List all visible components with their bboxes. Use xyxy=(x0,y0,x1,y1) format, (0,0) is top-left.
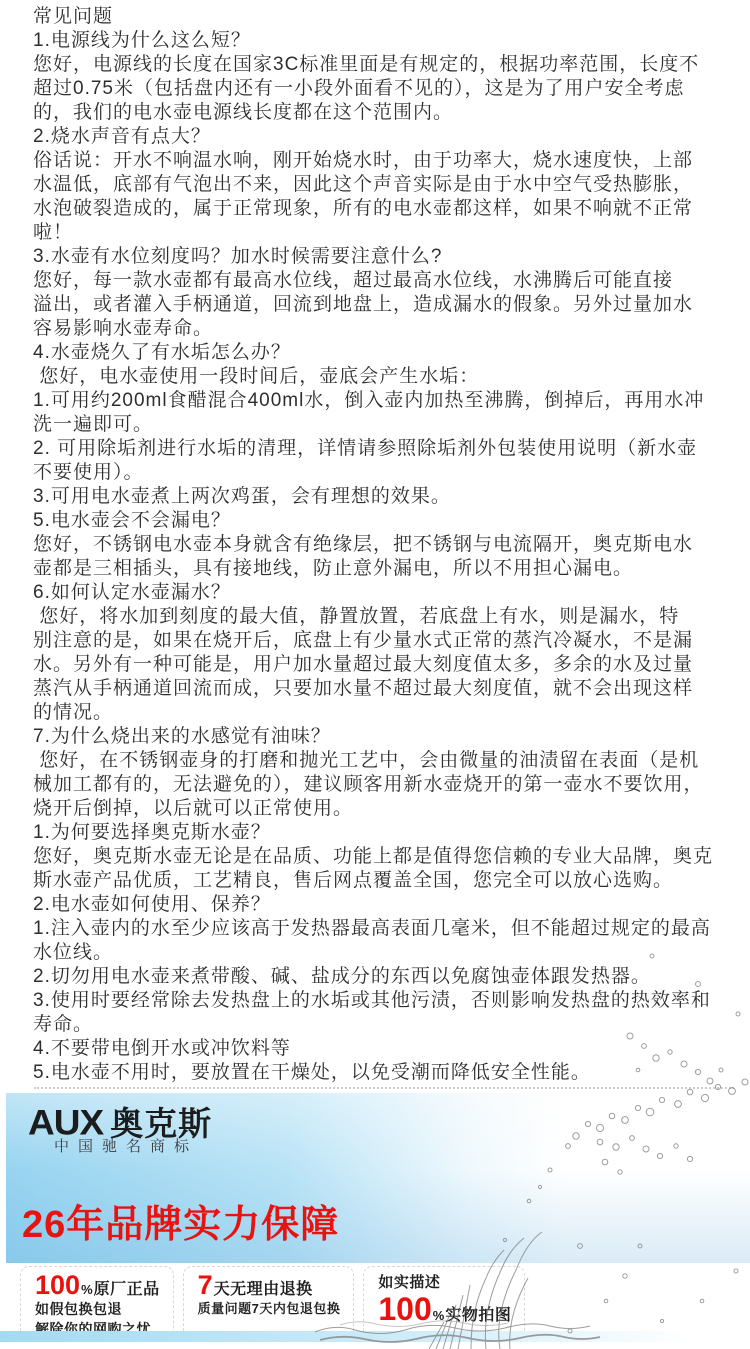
faq-line: 洗一遍即可。 xyxy=(33,413,736,437)
faq-line: 的，我们的电水壶电源线长度都在这个范围内。 xyxy=(33,101,736,125)
faq-line: 您好，不锈钢电水壶本身就含有绝缘层，把不锈钢与电流隔开，奥克斯电水 xyxy=(33,533,736,557)
faq-line: 5.电水壶不用时，要放置在干燥处，以免受潮而降低安全性能。 xyxy=(33,1061,736,1085)
faq-line: 溢出，或者灌入手柄通道，回流到地盘上，造成漏水的假象。另外过量加水 xyxy=(33,293,736,317)
faq-text-block: 常见问题1.电源线为什么这么短？您好，电源线的长度在国家3C标准里面是有规定的，… xyxy=(33,5,736,1085)
faq-line: 别注意的是，如果在烧开后，底盘上有少量水式正常的蒸汽冷凝水，不是漏 xyxy=(33,629,736,653)
faq-line: 您好，将水加到刻度的最大值，静置放置，若底盘上有水，则是漏水，特 xyxy=(33,605,736,629)
faq-line: 容易影响水壶寿命。 xyxy=(33,317,736,341)
guarantee-headline: 100 % 实物拍图 xyxy=(378,1294,511,1325)
faq-line: 不要使用）。 xyxy=(33,461,736,485)
faq-line: 2.电水壶如何使用、保养？ xyxy=(33,893,736,917)
guarantee-card-genuine: 100 % 原厂正品 如假包换包退 解除你的网购之忧 xyxy=(20,1266,174,1338)
faq-line: 3.水壶有水位刻度吗？加水时候需要注意什么? xyxy=(33,245,736,269)
product-detail-page: 常见问题1.电源线为什么这么短？您好，电源线的长度在国家3C标准里面是有规定的，… xyxy=(0,0,750,1349)
faq-line: 蒸汽从手柄通道回流而成，只要加水量不超过最大刻度值，就不会出现这样 xyxy=(33,677,736,701)
faq-line: 水位线。 xyxy=(33,941,736,965)
guarantee-line: 质量问题7天内包退包换 xyxy=(198,1299,341,1318)
faq-line: 1.可用约200ml食醋混合400ml水，倒入壶内加热至沸腾，倒掉后，再用水冲 xyxy=(33,389,736,413)
guarantee-label: 实物拍图 xyxy=(445,1302,511,1325)
faq-line: 水泡破裂造成的，属于正常现象，所有的电水壶都这样，如果不响就不正常 xyxy=(33,197,736,221)
faq-line: 3.可用电水壶煮上两次鸡蛋，会有理想的效果。 xyxy=(33,485,736,509)
faq-line: 常见问题 xyxy=(33,5,736,29)
faq-line: 水。另外有一种可能是，用户加水量超过最大刻度值太多，多余的水及过量 xyxy=(33,653,736,677)
faq-line: 水温低，底部有气泡出不来，因此这个声音实际是由于水中空气受热膨胀， xyxy=(33,173,736,197)
guarantees-row: 100 % 原厂正品 如假包换包退 解除你的网购之忧 7 天无理由退换 质量问题… xyxy=(20,1266,525,1338)
faq-line: 您好，在不锈钢壶身的打磨和抛光工艺中，会由微量的油渍留在表面（是机 xyxy=(33,749,736,773)
guarantee-headline: 7 天无理由退换 xyxy=(198,1272,341,1299)
faq-line: 4.不要带电倒开水或冲饮料等 xyxy=(33,1037,736,1061)
guarantee-headline: 100 % 原厂正品 xyxy=(35,1272,160,1299)
guarantee-unit: % xyxy=(81,1282,93,1297)
faq-line: 您好，每一款水壶都有最高水位线，超过最高水位线，水沸腾后可能直接 xyxy=(33,269,736,293)
faq-line: 壶都是三相插头，具有接地线，防止意外漏电，所以不用担心漏电。 xyxy=(33,557,736,581)
faq-line: 俗话说：开水不响温水响，刚开始烧水时，由于功率大，烧水速度快，上部 xyxy=(33,149,736,173)
guarantee-label: 原厂正品 xyxy=(94,1276,160,1299)
guarantee-number: 7 xyxy=(198,1272,213,1298)
faq-line: 您好，电水壶使用一段时间后，壶底会产生水垢： xyxy=(33,365,736,389)
brand-banner: AUX 奥克斯 中国驰名商标 26年品牌实力保障 xyxy=(6,1093,750,1263)
faq-line: 1.电源线为什么这么短？ xyxy=(33,29,736,53)
guarantee-card-return: 7 天无理由退换 质量问题7天内包退包换 xyxy=(183,1266,355,1338)
faq-line: 寿命。 xyxy=(33,1013,736,1037)
faq-line: 4.水壶烧久了有水垢怎么办？ xyxy=(33,341,736,365)
faq-line: 超过0.75米（包括盘内还有一小段外面看不见的），这是为了用户安全考虑 xyxy=(33,77,736,101)
faq-line: 啦！ xyxy=(33,221,736,245)
faq-line: 2.切勿用电水壶来煮带酸、碱、盐成分的东西以免腐蚀壶体跟发热器。 xyxy=(33,965,736,989)
guarantee-unit: % xyxy=(433,1308,445,1323)
faq-line: 1.为何要选择奥克斯水壶？ xyxy=(33,821,736,845)
guarantee-line: 如假包换包退 xyxy=(35,1299,160,1319)
faq-line: 2.烧水声音有点大？ xyxy=(33,125,736,149)
faq-line: 您好，电源线的长度在国家3C标准里面是有规定的，根据功率范围，长度不 xyxy=(33,53,736,77)
faq-line: 3.使用时要经常除去发热盘上的水垢或其他污渍，否则影响发热盘的热效率和 xyxy=(33,989,736,1013)
guarantee-number: 100 xyxy=(378,1294,431,1324)
faq-line: 7.为什么烧出来的水感觉有油味？ xyxy=(33,725,736,749)
brand-slogan: 26年品牌实力保障 xyxy=(22,1193,339,1248)
bottom-blue-strip xyxy=(0,1331,750,1342)
dotted-separator xyxy=(34,1087,734,1089)
faq-line: 2. 可用除垢剂进行水垢的清理，详情请参照除垢剂外包装使用说明（新水壶 xyxy=(33,437,736,461)
faq-line: 您好，奥克斯水壶无论是在品质、功能上都是值得您信赖的专业大品牌，奥克 xyxy=(33,845,736,869)
faq-line: 械加工都有的，无法避免的），建议顾客用新水壶烧开的第一壶水不要饮用， xyxy=(33,773,736,797)
guarantee-number: 100 xyxy=(35,1272,80,1298)
faq-line: 6.如何认定水壶漏水？ xyxy=(33,581,736,605)
faq-line: 的情况。 xyxy=(33,701,736,725)
trademark-label: 中国驰名商标 xyxy=(54,1135,198,1156)
faq-line: 烧开后倒掉，以后就可以正常使用。 xyxy=(33,797,736,821)
guarantee-label: 天无理由退换 xyxy=(214,1276,313,1299)
faq-line: 5.电水壶会不会漏电？ xyxy=(33,509,736,533)
faq-line: 1.注入壶内的水至少应该高于发热器最高表面几毫米，但不能超过规定的最高 xyxy=(33,917,736,941)
faq-line: 斯水壶产品优质，工艺精良，售后网点覆盖全国，您完全可以放心选购。 xyxy=(33,869,736,893)
guarantee-card-photos: 如实描述 100 % 实物拍图 xyxy=(363,1266,525,1338)
